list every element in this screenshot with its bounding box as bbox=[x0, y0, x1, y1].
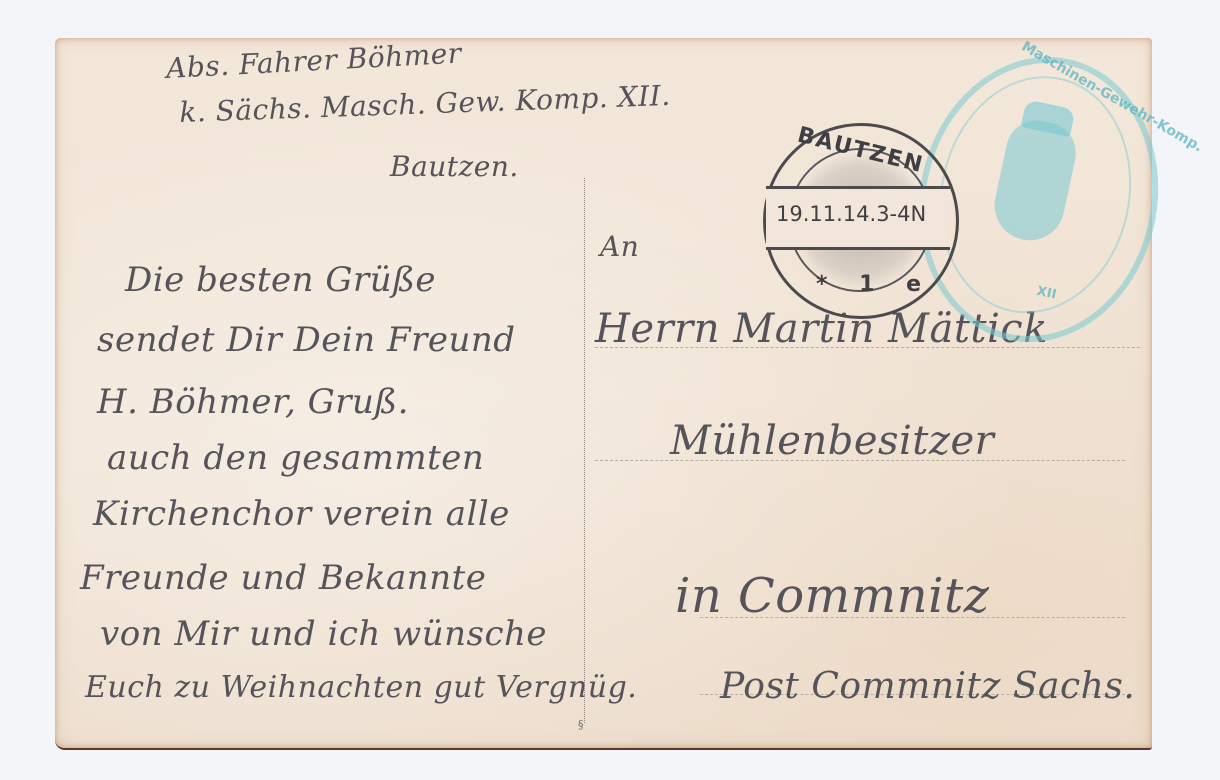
center-divider bbox=[584, 178, 585, 723]
sender-line-1: Abs. Fahrer Böhmer bbox=[165, 37, 462, 85]
divider-mark: § bbox=[578, 718, 584, 731]
sender-line-2: k. Sächs. Masch. Gew. Komp. XII. bbox=[179, 79, 671, 129]
message-line: auch den gesammten bbox=[107, 438, 484, 478]
recipient-post: Post Commnitz Sachs. bbox=[720, 666, 1135, 707]
postcard: Abs. Fahrer Böhmer k. Sächs. Masch. Gew.… bbox=[55, 38, 1152, 750]
message-line: Freunde und Bekannte bbox=[80, 558, 486, 598]
postmark-code: * 1 e bbox=[816, 272, 933, 297]
message-line: sendet Dir Dein Freund bbox=[97, 320, 516, 360]
message-line: H. Böhmer, Gruß. bbox=[97, 382, 409, 422]
recipient-town: in Commnitz bbox=[675, 568, 990, 624]
message-line: Die besten Grüße bbox=[125, 260, 436, 300]
postmark: BAUTZEN 19.11.14.3-4N * 1 e bbox=[763, 123, 959, 319]
message-line: Kirchenchor verein alle bbox=[93, 494, 510, 534]
sender-line-3: Bautzen. bbox=[390, 150, 519, 183]
message-line: von Mir und ich wünsche bbox=[100, 614, 547, 654]
postmark-datetime: 19.11.14.3-4N bbox=[776, 202, 926, 226]
recipient-prefix: An bbox=[600, 230, 639, 263]
recipient-occupation: Mühlenbesitzer bbox=[670, 418, 994, 464]
message-line: Euch zu Weihnachten gut Vergnüg. bbox=[85, 670, 637, 705]
